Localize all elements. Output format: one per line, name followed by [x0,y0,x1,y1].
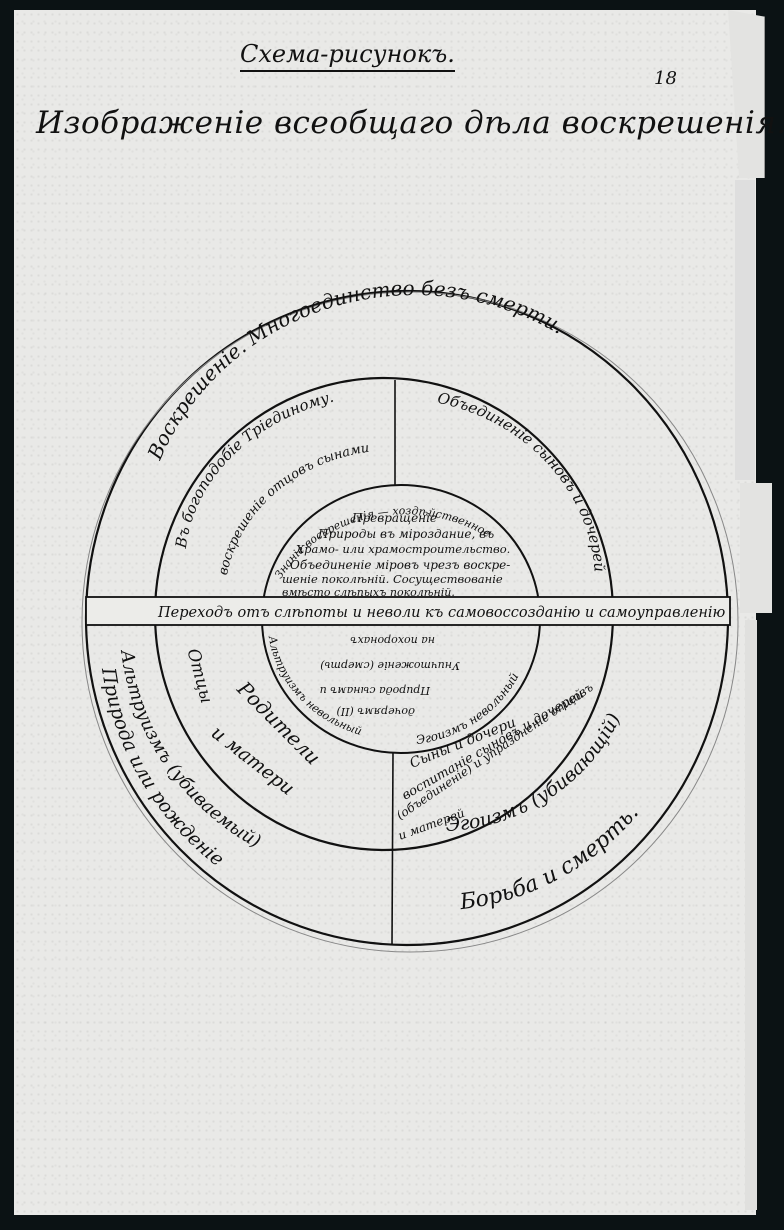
inner-lower-core-line: Природа сынамъ и [320,684,431,697]
inner-lower-core-line: на похоронахъ [350,634,435,647]
transition-band-label: Переходъ отъ слѣпоты и неволи къ самовос… [157,605,726,621]
outer-ring-upper-label: Воскрешеніе. Многоединство безъ смерти. [142,276,569,464]
inner-lower-core-line: дочерямъ (ІІ) [337,705,416,718]
middle-left-label: Отцы [183,646,217,705]
inner-core-line: Объединеніе міровъ чрезъ воскре- [290,558,510,572]
svg-text:Воскрешеніе. Многоединство без: Воскрешеніе. Многоединство безъ смерти. [142,276,569,464]
resurrection-diagram: Переходъ отъ слѣпоты и неволи къ самовос… [0,0,784,1230]
inner-core-line: Храмо- или храмостроительство. [295,542,510,556]
inner-lower-core-line: Уничтоженіе (смерть) [320,659,460,672]
inner-core-line: шеніе поколѣній. Сосуществованіе [282,572,503,586]
lower-divider [392,753,393,945]
inner-core-line: Превращеніе [351,511,437,525]
inner-core-line: вмѣсто слѣпыхъ поколѣній. [282,586,455,599]
inner-core-line: Природы въ міроздание, въ [317,527,494,541]
